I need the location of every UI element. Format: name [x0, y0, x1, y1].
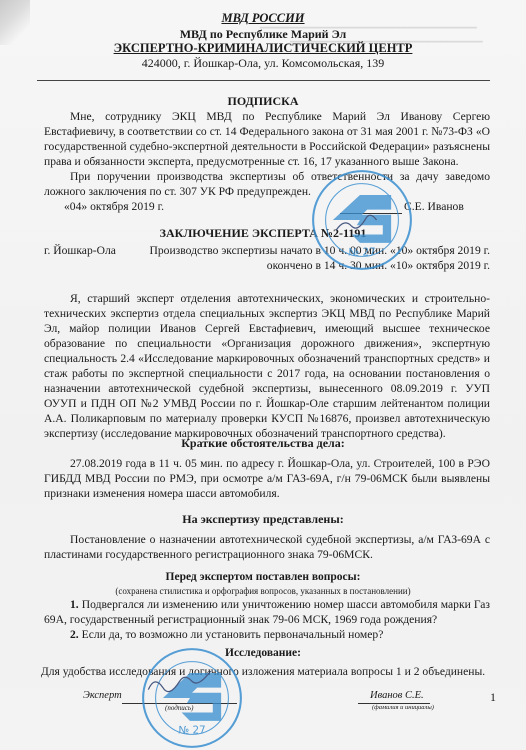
name-caption: (фамилия и инициалы)	[372, 704, 434, 711]
official-stamp-icon: № 27	[310, 168, 414, 272]
subscription-title: ПОДПИСКА	[0, 94, 526, 109]
expert-label: Эксперт	[83, 690, 122, 701]
official-stamp-icon: № 27	[140, 646, 244, 750]
questions-title: Перед экспертом поставлен вопросы:	[0, 571, 526, 583]
address: 424000, г. Йошкар-Ола, ул. Комсомольская…	[0, 56, 526, 71]
submitted-title: На экспертизу представлены:	[0, 512, 526, 527]
question-item: 2. Если да, то возможно ли установить пе…	[44, 627, 490, 642]
submitted-paragraph: Постановление о назначении автотехническ…	[44, 532, 490, 562]
submitted-body: Постановление о назначении автотехническ…	[44, 532, 490, 562]
questions-list: 1. Подвергался ли изменению или уничтоже…	[44, 597, 490, 642]
question-item: 1. Подвергался ли изменению или уничтоже…	[44, 597, 490, 627]
subscription-paragraph: При поручении производства экспертизы об…	[44, 169, 490, 199]
forensic-center-title: ЭКСПЕРТНО-КРИМИНАЛИСТИЧЕСКИЙ ЦЕНТР	[0, 41, 526, 56]
header-divider	[37, 80, 490, 81]
conclusion-intro: Я, старший эксперт отделения автотехниче…	[44, 291, 490, 441]
questions-note: (сохранена стилистика и орфография вопро…	[0, 586, 526, 596]
svg-text:№ 27: № 27	[178, 724, 205, 736]
circumstances-title: Краткие обстоятельства дела:	[0, 436, 526, 451]
expert-name: Иванов С.Е.	[370, 690, 424, 701]
svg-text:№ 27: № 27	[348, 246, 375, 258]
question-text: Подвергался ли изменению или уничтожению…	[44, 598, 490, 626]
question-text: Если да, то возможно ли установить перво…	[82, 628, 384, 641]
conclusion-city: г. Йошкар-Ола	[44, 244, 116, 257]
circumstances-body: 27.08.2019 года в 11 ч. 05 мин. по адрес…	[44, 456, 490, 501]
circumstances-paragraph: 27.08.2019 года в 11 ч. 05 мин. по адрес…	[44, 456, 490, 501]
conclusion-title: ЗАКЛЮЧЕНИЕ ЭКСПЕРТА №2-1191	[0, 226, 526, 241]
document-page: ━━━━━━━━━━━━━━━━━━━━━━━━━━━━━━━━━━━━ ━━━…	[0, 0, 526, 750]
question-number: 1.	[70, 598, 79, 611]
ministry-title: МВД РОССИИ	[0, 11, 526, 26]
subscription-date: «04» октября 2019 г.	[64, 200, 164, 213]
research-text: Для удобства исследования и логичного из…	[0, 665, 526, 678]
page-number: 1	[490, 690, 496, 705]
regional-office: МВД по Республике Марий Эл	[0, 27, 526, 42]
question-number: 2.	[70, 628, 79, 641]
subscription-body: Мне, сотруднику ЭКЦ МВД по Республике Ма…	[44, 109, 490, 199]
research-title: Исследование:	[0, 647, 526, 659]
intro-paragraph: Я, старший эксперт отделения автотехниче…	[44, 291, 490, 441]
subscription-paragraph: Мне, сотруднику ЭКЦ МВД по Республике Ма…	[44, 109, 490, 169]
